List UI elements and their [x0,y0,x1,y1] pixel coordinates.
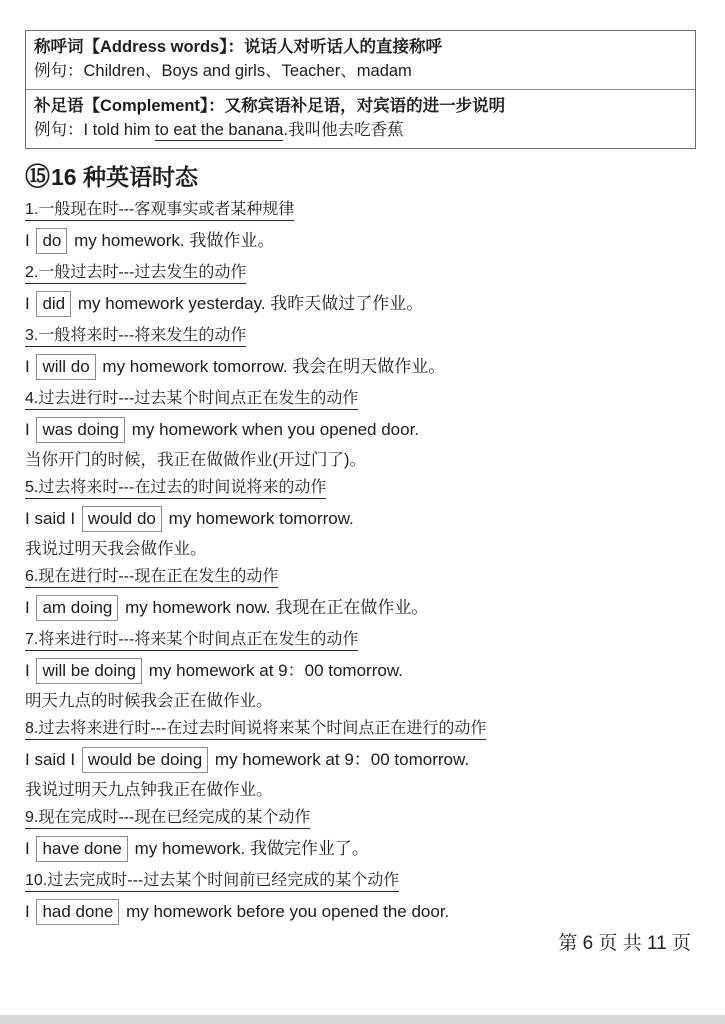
tense-item-3: 3.一般将来时---将来发生的动作 I will do my homework … [25,326,698,381]
verb-box: did [36,291,71,317]
verb-box: have done [36,836,127,862]
sentence-post: my homework tomorrow. [164,509,354,528]
sentence-pre: I [25,231,34,250]
sentence-pre: I [25,839,34,858]
sentence-post: my homework. 我做作业。 [69,231,274,250]
tense-heading: 10.过去完成时---过去某个时间前已经完成的某个动作 [25,871,698,891]
glossary-row-complement: 补足语【Complement】：又称宾语补足语，对宾语的进一步说明 例句：I t… [26,89,695,148]
glossary-table: 称呼词【Address words】：说话人对听话人的直接称呼 例句：Child… [25,30,696,149]
translation-note: 我说过明天我会做作业。 [25,539,698,559]
circled-number-15: ⑮ [25,163,51,191]
translation-note: 我说过明天九点钟我正在做作业。 [25,780,698,800]
tense-heading: 2.一般过去时---过去发生的动作 [25,263,698,283]
sentence-post: my homework yesterday. 我昨天做过了作业。 [73,294,423,313]
example-sentence: I will be doing my homework at 9：00 tomo… [25,657,698,685]
example-sentence: I have done my homework. 我做完作业了。 [25,835,698,863]
verb-box: will be doing [36,658,142,684]
tense-heading: 7.将来进行时---将来某个时间点正在发生的动作 [25,630,698,650]
sentence-post: my homework tomorrow. 我会在明天做作业。 [98,357,446,376]
example-sentence: I will do my homework tomorrow. 我会在明天做作业… [25,353,698,381]
tense-item-6: 6.现在进行时---现在正在发生的动作 I am doing my homewo… [25,567,698,622]
example-sentence: I was doing my homework when you opened … [25,416,698,444]
glossary-term-title: 称呼词【Address words】：说话人对听话人的直接称呼 [34,35,687,59]
translation-note: 明天九点的时候我会正在做作业。 [25,691,698,711]
tense-heading: 1.一般现在时---客观事实或者某种规律 [25,200,698,220]
sentence-pre: I [25,598,34,617]
sentence-post: my homework when you opened door. [127,420,419,439]
sentence-post: my homework now. 我现在正在做作业。 [120,598,428,617]
underlined-phrase: to eat the banana [155,121,283,141]
tense-item-8: 8.过去将来进行时---在过去时间说将来某个时间点正在进行的动作 I said … [25,719,698,800]
sentence-post: my homework. 我做完作业了。 [130,839,369,858]
tense-item-2: 2.一般过去时---过去发生的动作 I did my homework yest… [25,263,698,318]
example-sentence: I said I would do my homework tomorrow. [25,505,698,533]
example-sentence: I did my homework yesterday. 我昨天做过了作业。 [25,290,698,318]
verb-box: will do [36,354,95,380]
sentence-pre: I said I [25,750,80,769]
verb-box: would do [82,506,162,532]
verb-box: do [36,228,67,254]
section-title: ⑮16 种英语时态 [25,162,698,192]
section-title-text: 16 种英语时态 [51,164,198,190]
sentence-pre: I said I [25,509,80,528]
tense-heading: 8.过去将来进行时---在过去时间说将来某个时间点正在进行的动作 [25,719,698,739]
document-page: 称呼词【Address words】：说话人对听话人的直接称呼 例句：Child… [0,0,725,956]
tense-item-7: 7.将来进行时---将来某个时间点正在发生的动作 I will be doing… [25,630,698,711]
tense-item-1: 1.一般现在时---客观事实或者某种规律 I do my homework. 我… [25,200,698,255]
tense-item-5: 5.过去将来时---在过去的时间说将来的动作 I said I would do… [25,478,698,559]
scan-edge-artifact [0,1015,725,1024]
example-post-text: .我叫他去吃香蕉 [283,121,403,139]
verb-box: would be doing [82,747,208,773]
sentence-pre: I [25,902,34,921]
tense-heading: 5.过去将来时---在过去的时间说将来的动作 [25,478,698,498]
verb-box: was doing [36,417,125,443]
sentence-pre: I [25,420,34,439]
tense-heading: 9.现在完成时---现在已经完成的某个动作 [25,808,698,828]
sentence-post: my homework at 9：00 tomorrow. [210,750,469,769]
tense-heading: 4.过去进行时---过去某个时间点正在发生的动作 [25,389,698,409]
sentence-pre: I [25,357,34,376]
example-text: 例句：Children、Boys and girls、Teacher、madam [34,62,412,80]
tense-item-9: 9.现在完成时---现在已经完成的某个动作 I have done my hom… [25,808,698,863]
example-sentence: I do my homework. 我做作业。 [25,227,698,255]
page-number-indicator: 第 6 页 共 11 页 [25,932,698,956]
tense-heading: 6.现在进行时---现在正在发生的动作 [25,567,698,587]
glossary-term-title: 补足语【Complement】：又称宾语补足语，对宾语的进一步说明 [34,94,687,118]
tense-item-10: 10.过去完成时---过去某个时间前已经完成的某个动作 I had done m… [25,871,698,926]
example-sentence: I said I would be doing my homework at 9… [25,746,698,774]
glossary-example: 例句：I told him to eat the banana.我叫他去吃香蕉 [34,118,687,142]
sentence-post: my homework at 9：00 tomorrow. [144,661,403,680]
translation-note: 当你开门的时候，我正在做做作业(开过门了)。 [25,450,698,470]
sentence-post: my homework before you opened the door. [121,902,449,921]
tense-heading: 3.一般将来时---将来发生的动作 [25,326,698,346]
sentence-pre: I [25,661,34,680]
glossary-row-address-words: 称呼词【Address words】：说话人对听话人的直接称呼 例句：Child… [26,31,695,89]
example-sentence: I am doing my homework now. 我现在正在做作业。 [25,594,698,622]
glossary-example: 例句：Children、Boys and girls、Teacher、madam [34,59,687,83]
example-sentence: I had done my homework before you opened… [25,898,698,926]
tense-item-4: 4.过去进行时---过去某个时间点正在发生的动作 I was doing my … [25,389,698,470]
example-pre-text: 例句：I told him [34,121,155,139]
sentence-pre: I [25,294,34,313]
verb-box: had done [36,899,119,925]
verb-box: am doing [36,595,118,621]
